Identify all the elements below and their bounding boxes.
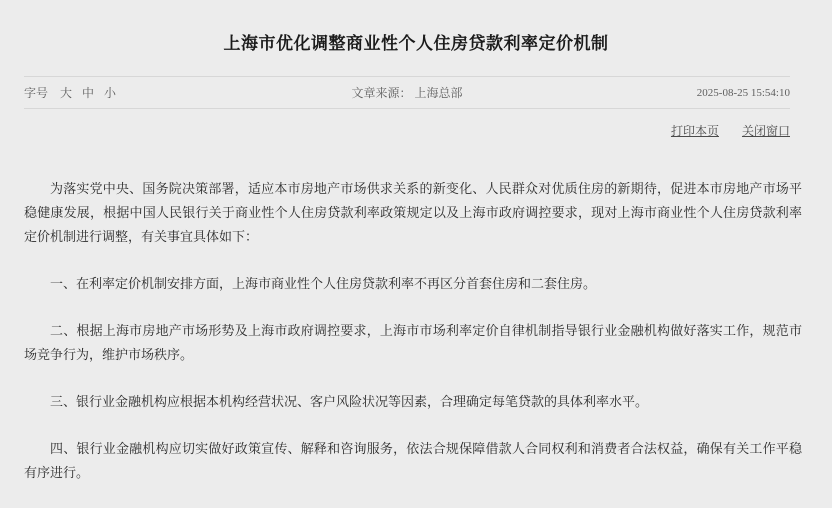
font-size-control: 字号 大 中 小 (24, 84, 279, 101)
print-page-link[interactable]: 打印本页 (671, 124, 719, 138)
page-title: 上海市优化调整商业性个人住房贷款利率定价机制 (0, 0, 832, 54)
article-paragraph: 为落实党中央、国务院决策部署，适应本市房地产市场供求关系的新变化、人民群众对优质… (24, 177, 802, 249)
font-size-option-small[interactable]: 小 (104, 86, 116, 100)
close-window-link[interactable]: 关闭窗口 (742, 124, 790, 138)
article-paragraph: 三、银行业金融机构应根据本机构经营状况、客户风险状况等因素，合理确定每笔贷款的具… (24, 390, 802, 414)
publish-timestamp: 2025-08-25 15:54:10 (535, 87, 790, 99)
font-size-option-medium[interactable]: 中 (82, 86, 94, 100)
meta-bar: 字号 大 中 小 文章来源： 上海总部 2025-08-25 15:54:10 (24, 76, 790, 109)
article-source-value: 上海总部 (414, 86, 462, 100)
article-paragraph: 二、根据上海市房地产市场形势及上海市政府调控要求，上海市市场利率定价自律机制指导… (24, 319, 802, 367)
font-size-option-large[interactable]: 大 (60, 86, 72, 100)
article-source: 文章来源： 上海总部 (279, 84, 534, 101)
article-paragraph: 四、银行业金融机构应切实做好政策宣传、解释和咨询服务，依法合规保障借款人合同权利… (24, 437, 802, 485)
page-actions: 打印本页 关闭窗口 (24, 109, 790, 139)
article-body: 为落实党中央、国务院决策部署，适应本市房地产市场供求关系的新变化、人民群众对优质… (24, 139, 802, 485)
article-page: 上海市优化调整商业性个人住房贷款利率定价机制 字号 大 中 小 文章来源： 上海… (0, 0, 832, 508)
font-size-label: 字号 (24, 86, 48, 100)
article-source-label: 文章来源： (351, 86, 411, 100)
article-paragraph: 一、在利率定价机制安排方面，上海市商业性个人住房贷款利率不再区分首套住房和二套住… (24, 272, 802, 296)
